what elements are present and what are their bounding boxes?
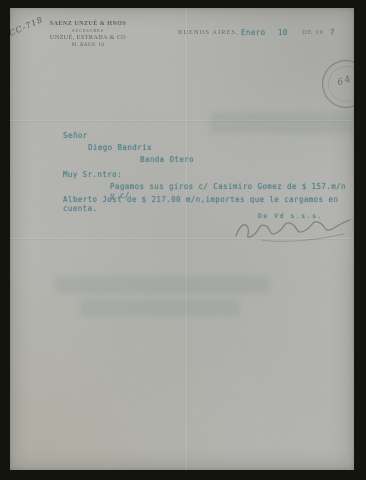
rubber-stamp-number: 64	[322, 69, 354, 93]
paper-texture	[10, 8, 354, 470]
recipient-name: Diego Bandrix	[88, 143, 152, 152]
ink-bleedthrough	[55, 276, 270, 299]
dateline-year-digit: 7	[330, 28, 335, 37]
horizontal-fold-crease	[10, 120, 354, 122]
letterhead: SAENZ UNZUÉ & HNOS SUCESORES UNZUÉ, ESTR…	[38, 21, 138, 48]
dateline-de19: DE 19	[302, 29, 324, 36]
letterhead-successors: UNZUÉ, ESTRADA & CO	[38, 35, 138, 41]
letter-paper-sheet: CC-718 SAENZ UNZUÉ & HNOS SUCESORES UNZU…	[10, 8, 354, 470]
rubber-stamp-inner-ring	[323, 61, 354, 106]
letterhead-firm-name: SAENZ UNZUÉ & HNOS	[38, 21, 138, 27]
scanned-letter-document: CC-718 SAENZ UNZUÉ & HNOS SUCESORES UNZU…	[0, 0, 366, 480]
horizontal-fold-crease	[10, 238, 354, 240]
letter-closing: De Vd s.s.s.	[258, 212, 323, 220]
letterhead-subtitle: SUCESORES	[38, 28, 138, 33]
recipient-place: Banda Otero	[140, 155, 194, 164]
letter-greeting: Muy Sr.ntro:	[63, 170, 122, 179]
letterhead-address: M. BAUP. 10	[38, 43, 138, 48]
dateline-day: 10	[278, 28, 288, 37]
vertical-fold-crease	[186, 8, 188, 470]
rubber-stamp: 64	[316, 54, 354, 114]
dateline-city: BUENOS AIRES,	[178, 29, 239, 36]
letter-salutation: Señor	[63, 131, 88, 140]
letter-body-line2: Alberto Jost de $ 217.00 m/n,importes qu…	[63, 195, 354, 213]
ink-bleedthrough	[80, 300, 240, 321]
dateline-month: Enero	[241, 28, 266, 37]
ink-bleedthrough	[210, 112, 354, 139]
paper-stains	[10, 8, 354, 470]
